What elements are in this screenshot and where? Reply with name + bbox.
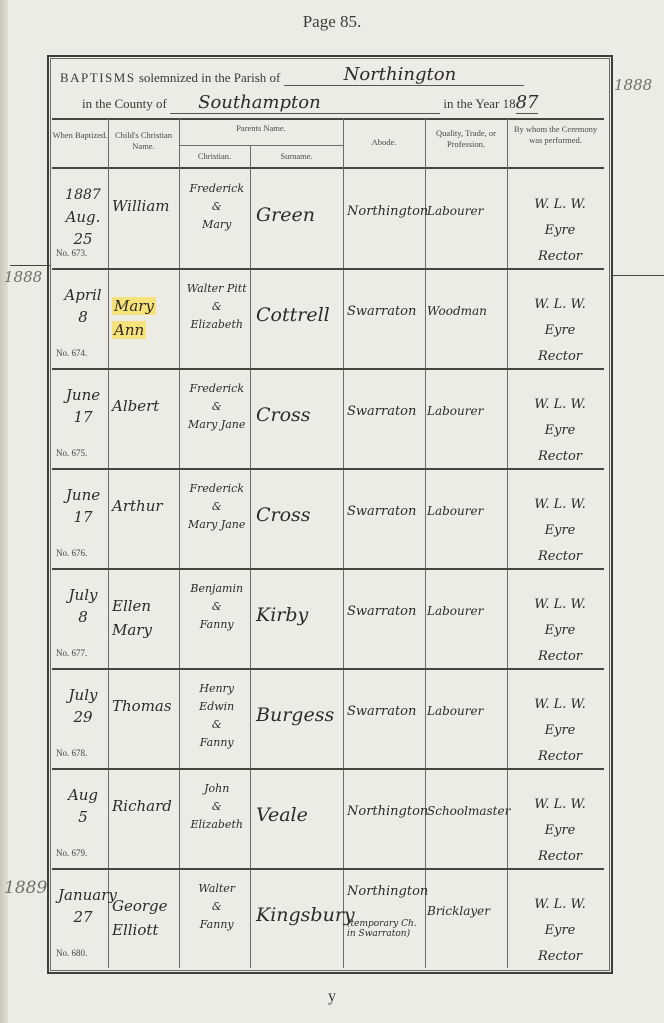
quality: Labourer xyxy=(427,504,483,518)
cell-officiant: W. L. W. EyreRector xyxy=(507,170,604,268)
child-name: Thomas xyxy=(112,694,177,718)
cell-parents-christian: Walter&Fanny xyxy=(179,870,250,968)
table-row: July29 No. 678. Thomas Henry Edwin&Fanny… xyxy=(52,670,604,768)
margin-note-year: 1888 xyxy=(4,268,42,286)
cell-child-name: Thomas xyxy=(108,670,179,768)
cell-surname: Kirby xyxy=(250,570,343,668)
parents-christian: Henry Edwin&Fanny xyxy=(183,680,250,752)
table-row: April8 No. 674. MaryAnn Walter Pitt&Eliz… xyxy=(52,270,604,368)
quality: Labourer xyxy=(427,604,483,618)
cell-surname: Cross xyxy=(250,370,343,468)
cell-parents-christian: Frederick&Mary Jane xyxy=(179,370,250,468)
col-header-abode: Abode. xyxy=(343,137,425,148)
cell-parents-christian: Benjamin&Fanny xyxy=(179,570,250,668)
officiant: W. L. W. EyreRector xyxy=(517,292,603,370)
margin-rule xyxy=(10,265,50,266)
child-name: GeorgeElliott xyxy=(112,894,177,942)
signature-mark: y xyxy=(0,988,664,1006)
quality: Woodman xyxy=(427,304,487,318)
abode: Swarraton xyxy=(347,604,416,619)
parents-christian: Walter Pitt&Elizabeth xyxy=(183,280,250,334)
officiant: W. L. W. EyreRector xyxy=(517,892,603,970)
cell-abode: Swarraton xyxy=(343,470,425,568)
child-name: MaryAnn xyxy=(112,294,177,342)
table-row: June17 No. 676. Arthur Frederick&Mary Ja… xyxy=(52,470,604,568)
entry-number: No. 673. xyxy=(56,248,87,258)
officiant: W. L. W. EyreRector xyxy=(517,192,603,270)
officiant: W. L. W. EyreRector xyxy=(517,692,603,770)
child-name: Albert xyxy=(112,394,177,418)
abode: Northington xyxy=(347,204,428,219)
cell-child-name: Albert xyxy=(108,370,179,468)
entry-number: No. 679. xyxy=(56,848,87,858)
quality: Labourer xyxy=(427,204,483,218)
parents-subrule xyxy=(179,145,343,146)
cell-quality: Woodman xyxy=(425,270,507,368)
table-row: 1887Aug.25 No. 673. William Frederick&Ma… xyxy=(52,170,604,268)
year-label: in the Year 18 xyxy=(443,96,515,111)
cell-quality: Labourer xyxy=(425,570,507,668)
cell-abode: Swarraton xyxy=(343,370,425,468)
col-header-parents-surname: Surname. xyxy=(250,151,343,162)
cell-date: January27 No. 680. xyxy=(52,870,108,968)
parents-christian: Walter&Fanny xyxy=(183,880,250,934)
cell-officiant: W. L. W. EyreRector xyxy=(507,370,604,468)
parents-christian: Benjamin&Fanny xyxy=(183,580,250,634)
cell-surname: Green xyxy=(250,170,343,268)
entry-number: No. 676. xyxy=(56,548,87,558)
abode: Swarraton xyxy=(347,504,416,519)
baptism-date: 1887Aug.25 xyxy=(58,184,108,250)
cell-parents-christian: Frederick&Mary xyxy=(179,170,250,268)
abode: Northington xyxy=(347,804,428,819)
quality: Labourer xyxy=(427,704,483,718)
baptism-date: January27 xyxy=(58,884,108,928)
baptism-date: July29 xyxy=(58,684,108,728)
quality: Schoolmaster xyxy=(427,804,510,818)
table-row: January27 No. 680. GeorgeElliott Walter&… xyxy=(52,870,604,968)
cell-officiant: W. L. W. EyreRector xyxy=(507,870,604,968)
cell-surname: Cottrell xyxy=(250,270,343,368)
child-name: EllenMary xyxy=(112,594,177,642)
cell-abode: Swarraton xyxy=(343,670,425,768)
table-row: June17 No. 675. Albert Frederick&Mary Ja… xyxy=(52,370,604,468)
entry-number: No. 678. xyxy=(56,748,87,758)
abode: Swarraton xyxy=(347,704,416,719)
title-parish-label: solemnized in the Parish of xyxy=(139,70,281,85)
margin-note-year: 1889 xyxy=(4,878,47,898)
col-header-parents-christian: Christian. xyxy=(179,151,250,162)
abode: Swarraton xyxy=(347,404,416,419)
margin-rule xyxy=(612,275,664,276)
baptism-date: April8 xyxy=(58,284,108,328)
cell-child-name: Richard xyxy=(108,770,179,868)
cell-abode: Northington xyxy=(343,170,425,268)
officiant: W. L. W. EyreRector xyxy=(517,392,603,470)
cell-quality: Labourer xyxy=(425,470,507,568)
cell-abode: Swarraton xyxy=(343,570,425,668)
parents-christian: John&Elizabeth xyxy=(183,780,250,834)
abode: Northington(temporary Ch. in Swarraton) xyxy=(347,884,428,939)
officiant: W. L. W. EyreRector xyxy=(517,492,603,570)
cell-date: April8 No. 674. xyxy=(52,270,108,368)
title-line-parish: BAPTISMS solemnized in the Parish of Nor… xyxy=(60,69,524,86)
officiant: W. L. W. EyreRector xyxy=(517,792,603,870)
cell-officiant: W. L. W. EyreRector xyxy=(507,770,604,868)
cell-officiant: W. L. W. EyreRector xyxy=(507,670,604,768)
baptism-date: June17 xyxy=(58,384,108,428)
register-title: BAPTISMS solemnized in the Parish of Nor… xyxy=(52,60,604,116)
parents-christian: Frederick&Mary xyxy=(183,180,250,234)
county-value: Southampton xyxy=(198,92,321,113)
quality: Labourer xyxy=(427,404,483,418)
surname: Cross xyxy=(256,504,311,526)
title-caps: BAPTISMS xyxy=(60,70,136,85)
child-name: Richard xyxy=(112,794,177,818)
baptism-date: June17 xyxy=(58,484,108,528)
year-value: 87 xyxy=(516,92,539,114)
entry-number: No. 675. xyxy=(56,448,87,458)
col-header-quality: Quality, Trade, or Profession. xyxy=(425,128,507,150)
cell-child-name: Arthur xyxy=(108,470,179,568)
surname: Cross xyxy=(256,404,311,426)
cell-parents-christian: John&Elizabeth xyxy=(179,770,250,868)
surname: Kingsbury xyxy=(256,904,355,926)
col-header-by-whom: By whom the Ceremony was performed. xyxy=(507,124,604,146)
header-bottom-rule xyxy=(52,167,604,169)
cell-parents-christian: Henry Edwin&Fanny xyxy=(179,670,250,768)
cell-abode: Northington(temporary Ch. in Swarraton) xyxy=(343,870,425,968)
cell-quality: Bricklayer xyxy=(425,870,507,968)
cell-quality: Labourer xyxy=(425,370,507,468)
margin-note-year: 1888 xyxy=(614,76,652,94)
cell-child-name: MaryAnn xyxy=(108,270,179,368)
child-name: William xyxy=(112,194,177,218)
title-county-label: in the County of xyxy=(82,96,167,111)
cell-surname: Veale xyxy=(250,770,343,868)
cell-quality: Schoolmaster xyxy=(425,770,507,868)
cell-child-name: GeorgeElliott xyxy=(108,870,179,968)
cell-date: 1887Aug.25 No. 673. xyxy=(52,170,108,268)
cell-officiant: W. L. W. EyreRector xyxy=(507,470,604,568)
baptism-date: July8 xyxy=(58,584,108,628)
title-line-county: in the County of Southampton in the Year… xyxy=(82,92,538,114)
entry-number: No. 674. xyxy=(56,348,87,358)
baptism-date: Aug5 xyxy=(58,784,108,828)
cell-parents-christian: Walter Pitt&Elizabeth xyxy=(179,270,250,368)
officiant: W. L. W. EyreRector xyxy=(517,592,603,670)
parish-value: Northington xyxy=(344,64,457,85)
col-header-child: Child's Christian Name. xyxy=(108,130,179,152)
table-row: Aug5 No. 679. Richard John&Elizabeth Vea… xyxy=(52,770,604,868)
cell-officiant: W. L. W. EyreRector xyxy=(507,270,604,368)
cell-date: June17 No. 676. xyxy=(52,470,108,568)
cell-abode: Swarraton xyxy=(343,270,425,368)
cell-date: June17 No. 675. xyxy=(52,370,108,468)
page-heading: Page 85. xyxy=(0,12,664,32)
parents-christian: Frederick&Mary Jane xyxy=(183,380,250,434)
child-name: Arthur xyxy=(112,494,177,518)
cell-date: Aug5 No. 679. xyxy=(52,770,108,868)
cell-date: July29 No. 678. xyxy=(52,670,108,768)
cell-surname: Cross xyxy=(250,470,343,568)
cell-surname: Burgess xyxy=(250,670,343,768)
surname: Veale xyxy=(256,804,308,826)
parish-fill: Northington xyxy=(284,69,524,86)
surname: Kirby xyxy=(256,604,308,626)
col-header-when: When Baptized. xyxy=(52,130,108,141)
cell-abode: Northington xyxy=(343,770,425,868)
cell-quality: Labourer xyxy=(425,170,507,268)
header-top-rule xyxy=(52,118,604,120)
cell-child-name: EllenMary xyxy=(108,570,179,668)
col-header-parents: Parents Name. xyxy=(179,123,343,134)
entry-number: No. 677. xyxy=(56,648,87,658)
abode: Swarraton xyxy=(347,304,416,319)
cell-child-name: William xyxy=(108,170,179,268)
surname: Cottrell xyxy=(256,304,330,326)
parents-christian: Frederick&Mary Jane xyxy=(183,480,250,534)
surname: Green xyxy=(256,204,315,226)
quality: Bricklayer xyxy=(427,904,490,918)
county-fill: Southampton xyxy=(170,97,440,114)
table-row: July8 No. 677. EllenMary Benjamin&Fanny … xyxy=(52,570,604,668)
surname: Burgess xyxy=(256,704,334,726)
cell-surname: Kingsbury xyxy=(250,870,343,968)
cell-officiant: W. L. W. EyreRector xyxy=(507,570,604,668)
book-binding xyxy=(0,0,8,1023)
entry-number: No. 680. xyxy=(56,948,87,958)
cell-quality: Labourer xyxy=(425,670,507,768)
cell-parents-christian: Frederick&Mary Jane xyxy=(179,470,250,568)
cell-date: July8 No. 677. xyxy=(52,570,108,668)
